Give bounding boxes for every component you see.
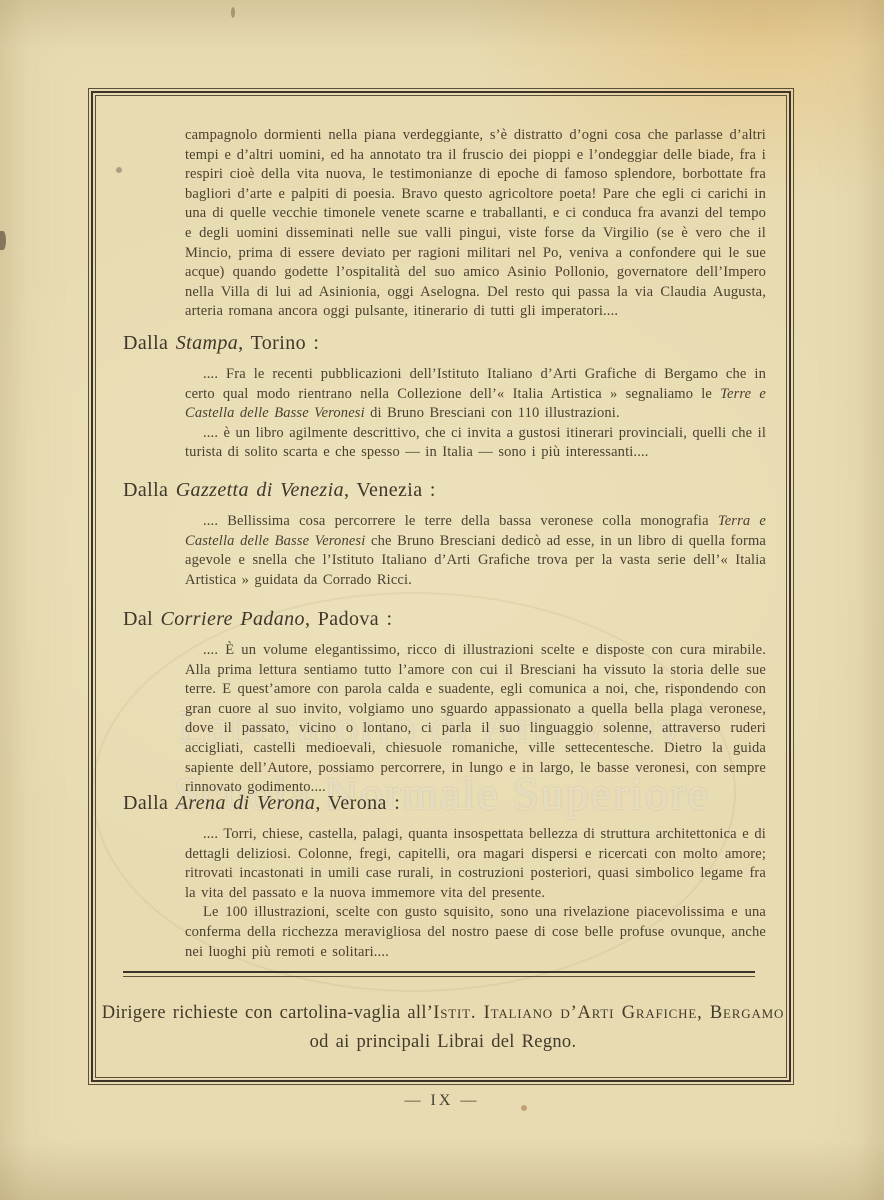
press-section-stampa: Dalla Stampa, Torino : .... Fra le recen…	[123, 330, 766, 463]
press-quote-paragraph: .... è un libro agilmente descrittivo, c…	[185, 424, 766, 463]
press-quote-paragraph: Le 100 illustrazioni, scelte con gusto s…	[185, 903, 766, 962]
quote-text: Le 100 illustrazioni, scelte con gusto s…	[185, 904, 766, 959]
ordering-text: Dirigere richieste con cartolina-vaglia …	[102, 1003, 433, 1023]
heading-city: , Verona :	[315, 792, 400, 814]
press-quote-paragraph: .... È un volume elegantissimo, ricco di…	[185, 641, 766, 798]
footer-divider-rule	[123, 971, 755, 977]
heading-source-name: Stampa	[176, 332, 238, 354]
heading-prefix: Dal	[123, 608, 160, 630]
paper-speck	[521, 1105, 527, 1111]
heading-city: , Torino :	[238, 332, 319, 354]
press-section-heading: Dalla Gazzetta di Venezia, Venezia :	[123, 477, 766, 503]
ordering-text-line2: od ai principali Librai del Regno.	[310, 1032, 577, 1052]
quote-text: .... È un volume elegantissimo, ricco di…	[185, 642, 766, 795]
intro-paragraph: campagnolo dormienti nella piana verdegg…	[185, 126, 766, 322]
press-section-heading: Dalla Arena di Verona, Verona :	[123, 790, 766, 816]
heading-source-name: Arena di Verona	[176, 792, 316, 814]
heading-city: , Venezia :	[344, 479, 436, 501]
quote-text: .... Torri, chiese, castella, palagi, qu…	[185, 826, 766, 901]
paper-speck	[0, 231, 6, 250]
press-section-heading: Dal Corriere Padano, Padova :	[123, 606, 766, 632]
quote-text: .... Bellissima cosa percorrere le terre…	[203, 513, 718, 529]
press-section-corriere: Dal Corriere Padano, Padova : .... È un …	[123, 606, 766, 798]
heading-source-name: Corriere Padano	[160, 608, 304, 630]
ordering-instructions: Dirigere richieste con cartolina-vaglia …	[99, 999, 787, 1057]
press-section-gazzetta: Dalla Gazzetta di Venezia, Venezia : ...…	[123, 477, 766, 590]
scanned-book-page: Laboratorio di Arti Visive Scuola Normal…	[0, 0, 884, 1200]
press-quote-paragraph: .... Bellissima cosa percorrere le terre…	[185, 512, 766, 590]
heading-source-name: Gazzetta di Venezia	[176, 479, 344, 501]
quote-text: di Bruno Bresciani con 110 illustrazioni…	[365, 405, 620, 421]
heading-city: , Padova :	[305, 608, 392, 630]
page-number: — IX —	[0, 1092, 884, 1110]
heading-prefix: Dalla	[123, 479, 176, 501]
publisher-name: Istit. Italiano d’Arti Grafiche, Bergamo	[433, 1003, 784, 1023]
paper-speck	[231, 7, 235, 18]
heading-prefix: Dalla	[123, 792, 176, 814]
quote-text: .... Fra le recenti pubblicazioni dell’I…	[185, 366, 766, 402]
press-section-heading: Dalla Stampa, Torino :	[123, 330, 766, 356]
quote-text: .... è un libro agilmente descrittivo, c…	[185, 425, 766, 461]
heading-prefix: Dalla	[123, 332, 176, 354]
press-section-arena: Dalla Arena di Verona, Verona : .... Tor…	[123, 790, 766, 962]
paper-speck	[116, 167, 122, 173]
press-quote-paragraph: .... Fra le recenti pubblicazioni dell’I…	[185, 365, 766, 424]
press-quote-paragraph: .... Torri, chiese, castella, palagi, qu…	[185, 825, 766, 903]
